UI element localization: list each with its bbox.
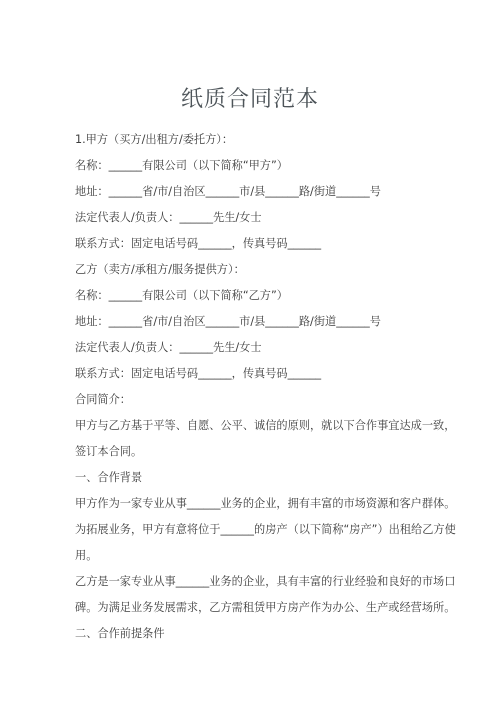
party-a-heading: 1.甲方（买方/出租方/委托方）： [75,127,435,153]
party-b-heading: 乙方（卖方/承租方/服务提供方）： [75,257,435,283]
contract-summary-heading: 合同简介： [75,387,435,413]
section-1-paragraph-2-line-2: 用。 [75,543,435,569]
party-b-representative: 法定代表人/负责人：______先生/女士 [75,335,435,361]
party-a-address: 地址：______省/市/自治区______市/县______路/街道_____… [75,179,435,205]
document-page: 纸质合同范本 1.甲方（买方/出租方/委托方）： 名称：______有限公司（以… [0,0,500,707]
section-1-heading: 一、合作背景 [75,465,435,491]
party-a-representative: 法定代表人/负责人：______先生/女士 [75,205,435,231]
party-a-contact: 联系方式：固定电话号码______，传真号码______ [75,231,435,257]
document-title: 纸质合同范本 [0,82,500,113]
document-body: 1.甲方（买方/出租方/委托方）： 名称：______有限公司（以下简称“甲方”… [75,127,435,647]
section-1-paragraph-3-line-1: 乙方是一家专业从事______业务的企业，具有丰富的行业经验和良好的市场口 [75,569,435,595]
party-b-address: 地址：______省/市/自治区______市/县______路/街道_____… [75,309,435,335]
party-b-name: 名称：______有限公司（以下简称“乙方”） [75,283,435,309]
party-b-contact: 联系方式：固定电话号码______，传真号码______ [75,361,435,387]
section-1-paragraph-2-line-1: 为拓展业务，甲方有意将位于______的房产（以下简称“房产”）出租给乙方使 [75,517,435,543]
section-2-heading: 二、合作前提条件 [75,621,435,647]
section-1-paragraph-3-line-2: 碑。为满足业务发展需求，乙方需租赁甲方房产作为办公、生产或经营场所。 [75,595,435,621]
contract-summary-text-2: 签订本合同。 [75,439,435,465]
contract-summary-text-1: 甲方与乙方基于平等、自愿、公平、诚信的原则，就以下合作事宜达成一致， [75,413,435,439]
section-1-paragraph-1: 甲方作为一家专业从事______业务的企业，拥有丰富的市场资源和客户群体。 [75,491,435,517]
party-a-name: 名称：______有限公司（以下简称“甲方”） [75,153,435,179]
